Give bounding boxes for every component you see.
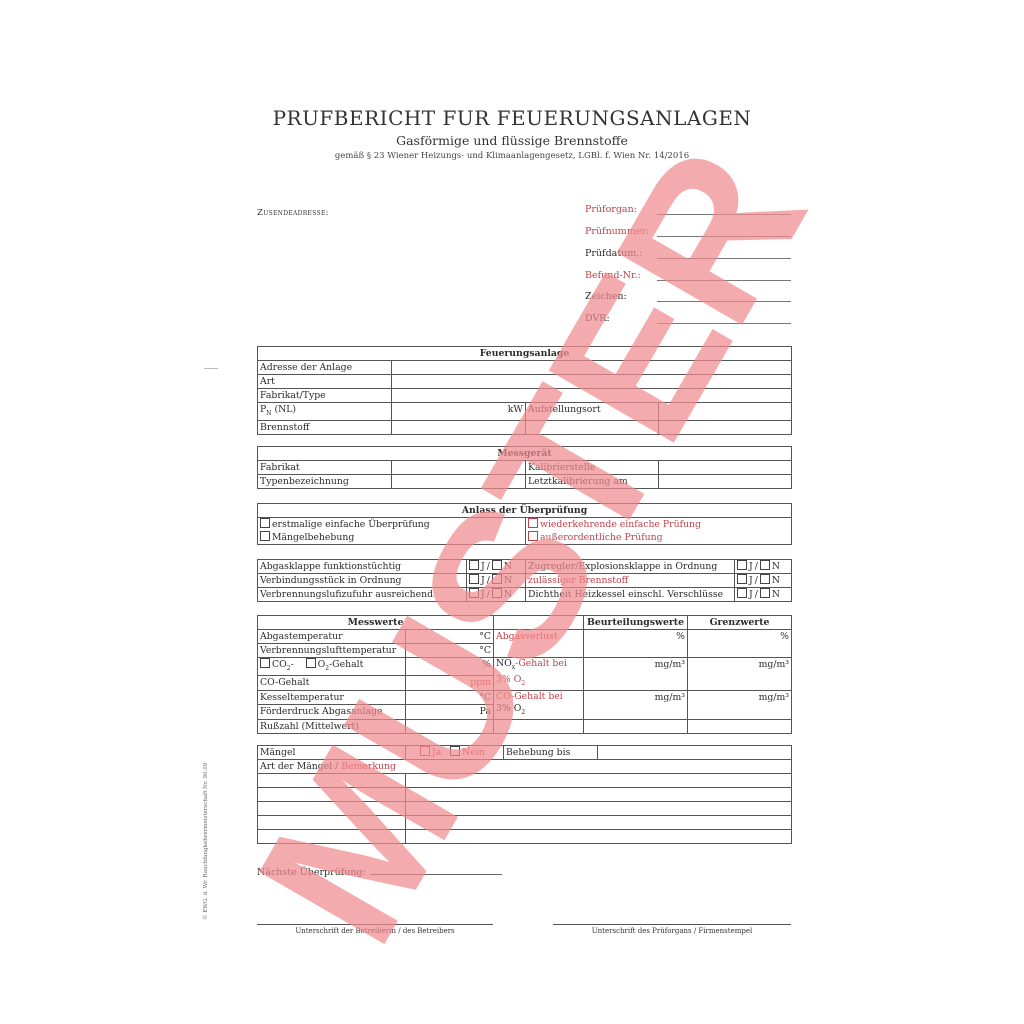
option-maengelbehebung[interactable]: Mängelbehebung: [258, 531, 526, 545]
messwerte-table: Messwerte Beurteilungswerte Grenzwerte A…: [257, 615, 792, 734]
document-title: PRUFBERICHT FUR FEUERUNGSANLAGEN: [0, 106, 1024, 130]
empty-cell: [494, 719, 584, 733]
remark-left[interactable]: [258, 830, 406, 844]
unit: ppm: [470, 677, 491, 688]
checkbox[interactable]: [528, 531, 538, 541]
nein-label: Nein: [462, 747, 485, 758]
field-input-line[interactable]: [657, 236, 791, 237]
unit: °C: [479, 692, 491, 703]
input-kalibrierstelle[interactable]: [659, 461, 792, 475]
input-co-gehalt[interactable]: ppm: [406, 676, 494, 690]
input-co-grenz[interactable]: mg/m³: [688, 690, 792, 719]
field-input-line[interactable]: [657, 280, 791, 281]
label-adresse: Adresse der Anlage: [258, 361, 392, 375]
signature-line-operator[interactable]: [257, 924, 493, 925]
unit: °C: [479, 631, 491, 642]
checkbox-ja[interactable]: [420, 746, 430, 756]
field-input-line[interactable]: [657, 323, 791, 324]
field-befund-nr[interactable]: Befund-Nr.:: [585, 270, 791, 286]
option-label: Mängelbehebung: [272, 532, 354, 543]
input-typenbezeichnung[interactable]: [392, 475, 526, 489]
unit: %: [482, 659, 491, 670]
unit: Pa: [480, 706, 491, 717]
label-letztkalibrierung: Letztkalibrierung am: [526, 475, 659, 489]
unit-kw: kW: [508, 404, 523, 415]
label-kesseltemperatur: Kesseltemperatur: [258, 690, 406, 704]
input-pn[interactable]: kW: [392, 403, 526, 421]
empty-header: [494, 616, 584, 630]
remark-line[interactable]: [406, 816, 792, 830]
subscript: 2: [521, 680, 525, 687]
remark-left[interactable]: [258, 802, 406, 816]
checkbox-yes[interactable]: [469, 560, 479, 570]
messgeraet-table: Messgerät FabrikatKalibrierstelle Typenb…: [257, 446, 792, 489]
suffix: -Gehalt: [329, 659, 363, 670]
watermark-text: MUSTER: [213, 114, 848, 979]
checkbox-yes[interactable]: [737, 588, 747, 598]
unit: mg/m³: [759, 659, 789, 670]
checkbox-nein[interactable]: [450, 746, 460, 756]
remark-line[interactable]: [406, 788, 792, 802]
copyright-notice: © EWG. d. Wr. Rauchfangkehrermeisterscha…: [203, 763, 209, 920]
yes-label: J: [481, 575, 485, 586]
checkbox-co2[interactable]: [260, 658, 270, 668]
signature-caption-operator: Unterschrift der Betreiberin / des Betre…: [257, 927, 493, 935]
maengel-choice[interactable]: Ja Nein: [406, 746, 504, 760]
check-label: Verbrennungslufizufuhr ausreichend: [258, 588, 467, 602]
label-fabrikat: Fabrikat/Type: [258, 389, 392, 403]
input-fabrikat[interactable]: [392, 461, 526, 475]
no-label: N: [772, 575, 780, 586]
input-abgasverlust-grenz[interactable]: %: [688, 630, 792, 658]
field-label: Zeichen:: [585, 291, 627, 302]
label-pn: PN (NL): [258, 403, 392, 421]
section-heading: Feuerungsanlage: [258, 347, 792, 361]
check-label: Abgasklappe funktionstüchtig: [258, 560, 467, 574]
check-label: Zugregler/Explosionsklappe in Ordnung: [526, 560, 735, 574]
field-label: Befund-Nr.:: [585, 270, 641, 281]
field-pruefdatum[interactable]: Prüfdatum.:: [585, 248, 791, 264]
next-check-label: Nächste Überprüfung:: [257, 867, 366, 878]
input-fabrikat[interactable]: [392, 389, 792, 403]
yes-label: J: [481, 561, 485, 572]
unit: mg/m³: [655, 659, 685, 670]
yes-no-choice[interactable]: J/N: [467, 588, 526, 602]
yes-label: J: [749, 561, 753, 572]
label-behebung: Behebung bis: [504, 746, 598, 760]
no-label: N: [504, 575, 512, 586]
checkbox-no[interactable]: [492, 560, 502, 570]
label-abgasverlust: Abgasverlust: [494, 630, 584, 658]
input-adresse[interactable]: [392, 361, 792, 375]
input-abgasverlust-beurteilung[interactable]: %: [584, 630, 688, 658]
o2-reference: 3% O: [496, 703, 521, 714]
field-label: Prüforgan:: [585, 204, 637, 215]
pn-suffix: (NL): [272, 404, 297, 415]
suffix: -: [291, 659, 294, 670]
ja-label: Ja: [432, 747, 441, 758]
unit: mg/m³: [759, 692, 789, 703]
input-russzahl[interactable]: [406, 719, 494, 733]
suffix: -Gehalt bei: [515, 658, 567, 669]
check-label: zulässiger Brennstoff: [526, 574, 735, 588]
label-nox: NOx-Gehalt bei3% O2: [494, 658, 584, 691]
label-art-der-maengel: Art der Mängel / Bemerkung: [258, 760, 792, 774]
no-label: N: [504, 561, 512, 572]
yes-no-choice[interactable]: J/N: [467, 560, 526, 574]
art-label: Art der Mängel /: [260, 761, 341, 772]
checkbox-no[interactable]: [760, 560, 770, 570]
unit: %: [780, 631, 789, 642]
messwerte-heading: Messwerte: [258, 616, 494, 630]
checkbox-yes[interactable]: [469, 574, 479, 584]
unit: mg/m³: [655, 692, 685, 703]
grenzwerte-heading: Grenzwerte: [688, 616, 792, 630]
section-heading: Anlass der Überprüfung: [258, 504, 792, 518]
remark-left[interactable]: [258, 816, 406, 830]
label-russzahl: Rußzahl (Mittelwert): [258, 719, 406, 733]
label-typenbezeichnung: Typenbezeichnung: [258, 475, 392, 489]
empty-cell: [659, 420, 792, 434]
field-label: Prüfdatum.:: [585, 248, 642, 259]
checkbox-no[interactable]: [760, 588, 770, 598]
feuerungsanlage-table: Feuerungsanlage Adresse der Anlage Art F…: [257, 346, 792, 435]
yes-no-choice[interactable]: J/N: [735, 560, 792, 574]
option-label: wiederkehrende einfache Prüfung: [540, 519, 701, 530]
input-co2-o2[interactable]: %: [406, 658, 494, 676]
empty-cell: [584, 719, 688, 733]
checkbox-yes[interactable]: [737, 560, 747, 570]
unit: %: [676, 631, 685, 642]
input-aufstellungsort[interactable]: [659, 403, 792, 421]
checkbox-yes[interactable]: [737, 574, 747, 584]
checkbox[interactable]: [260, 518, 270, 528]
label-fabrikat: Fabrikat: [258, 461, 392, 475]
field-input-line[interactable]: [657, 301, 791, 302]
input-brennstoff[interactable]: [392, 420, 526, 434]
checkbox-yes[interactable]: [469, 588, 479, 598]
input-nox-grenz[interactable]: mg/m³: [688, 658, 792, 691]
label-foerderdruck: Förderdruck Abgasanlage: [258, 705, 406, 719]
input-kesseltemperatur[interactable]: °C: [406, 690, 494, 704]
bemerkung-label: Bemerkung: [341, 761, 396, 772]
field-zeichen[interactable]: Zeichen:: [585, 291, 791, 307]
label-art: Art: [258, 375, 392, 389]
checkbox[interactable]: [260, 531, 270, 541]
input-letztkalibrierung[interactable]: [659, 475, 792, 489]
field-input-line[interactable]: [657, 258, 791, 259]
remark-line[interactable]: [406, 802, 792, 816]
label-verbrennungsluft: Verbrennungslufttemperatur: [258, 644, 406, 658]
checks-table: Abgasklappe funktionstüchtig J/N Zugregl…: [257, 559, 792, 602]
co-bei-label: CO-Gehalt bei: [496, 691, 563, 702]
input-behebung[interactable]: [598, 746, 792, 760]
input-co-beurteilung[interactable]: mg/m³: [584, 690, 688, 719]
yes-label: J: [749, 575, 753, 586]
subscript: 2: [521, 709, 525, 716]
next-check-field[interactable]: Nächste Überprüfung:: [257, 865, 502, 878]
signature-caption-inspector: Unterschrift des Prüforgans / Firmenstem…: [553, 927, 791, 935]
label-co-gehalt: CO-Gehalt: [258, 676, 406, 690]
label-maengel: Mängel: [258, 746, 406, 760]
section-heading: Messgerät: [258, 447, 792, 461]
checkbox-no[interactable]: [492, 574, 502, 584]
yes-label: J: [749, 589, 753, 600]
field-pruefnummer[interactable]: Prüfnummer:: [585, 226, 791, 242]
field-input-line[interactable]: [657, 214, 791, 215]
beurteilung-heading: Beurteilungswerte: [584, 616, 688, 630]
no-label: N: [772, 589, 780, 600]
yes-no-choice[interactable]: J/N: [735, 574, 792, 588]
checkbox[interactable]: [528, 518, 538, 528]
input-foerderdruck[interactable]: Pa: [406, 705, 494, 719]
check-label: Dichtheit Heizkessel einschl. Verschlüss…: [526, 588, 735, 602]
label-kalibrierstelle: Kalibrierstelle: [526, 461, 659, 475]
input-verbrennungsluft[interactable]: °C: [406, 644, 494, 658]
yes-no-choice[interactable]: J/N: [467, 574, 526, 588]
option-label: außerordentliche Prüfung: [540, 532, 663, 543]
empty-cell: [526, 420, 659, 434]
field-dvr[interactable]: DVR:: [585, 313, 791, 329]
fold-mark: [204, 368, 218, 369]
remark-left[interactable]: [258, 788, 406, 802]
field-label: DVR:: [585, 313, 610, 324]
checkbox-o2[interactable]: [306, 658, 316, 668]
legal-reference: gemäß § 23 Wiener Heizungs- und Klimaanl…: [0, 151, 1024, 161]
nox-label: NO: [496, 658, 512, 669]
signature-line-inspector[interactable]: [553, 924, 791, 925]
remark-line[interactable]: [406, 830, 792, 844]
label-abgastemperatur: Abgastemperatur: [258, 630, 406, 644]
o2-reference: 3% O: [496, 674, 521, 685]
option-ausserordentliche[interactable]: außerordentliche Prüfung: [526, 531, 792, 545]
yes-no-choice[interactable]: J/N: [735, 588, 792, 602]
co2-label: CO: [272, 659, 287, 670]
no-label: N: [504, 589, 512, 600]
unit: °C: [479, 645, 491, 656]
label-co-bei: CO-Gehalt bei3% O2: [494, 690, 584, 719]
input-art[interactable]: [392, 375, 792, 389]
field-label: Prüfnummer:: [585, 226, 649, 237]
option-wiederkehrende[interactable]: wiederkehrende einfache Prüfung: [526, 518, 792, 532]
address-label: Zusendeadresse:: [257, 208, 329, 218]
next-check-line[interactable]: [370, 865, 502, 875]
check-label: Verbindungsstück in Ordnung: [258, 574, 467, 588]
option-label: erstmalige einfache Überprüfung: [272, 519, 430, 530]
maengel-table: Mängel Ja Nein Behebung bis Art der Mäng…: [257, 745, 792, 844]
input-nox-beurteilung[interactable]: mg/m³: [584, 658, 688, 691]
label-aufstellungsort: Aufstellungsort: [526, 403, 659, 421]
checkbox-no[interactable]: [760, 574, 770, 584]
no-label: N: [772, 561, 780, 572]
field-prueforgan[interactable]: Prüforgan:: [585, 204, 791, 220]
anlass-table: Anlass der Überprüfung erstmalige einfac…: [257, 503, 792, 545]
co2-o2-choice[interactable]: CO2- O2-Gehalt: [258, 658, 406, 676]
input-abgastemperatur[interactable]: °C: [406, 630, 494, 644]
yes-label: J: [481, 589, 485, 600]
remark-left[interactable]: [258, 774, 406, 788]
document-subtitle: Gasförmige und flüssige Brennstoffe: [0, 133, 1024, 148]
empty-cell: [688, 719, 792, 733]
label-brennstoff: Brennstoff: [258, 420, 392, 434]
option-erstmalige[interactable]: erstmalige einfache Überprüfung: [258, 518, 526, 532]
remark-line[interactable]: [406, 774, 792, 788]
checkbox-no[interactable]: [492, 588, 502, 598]
